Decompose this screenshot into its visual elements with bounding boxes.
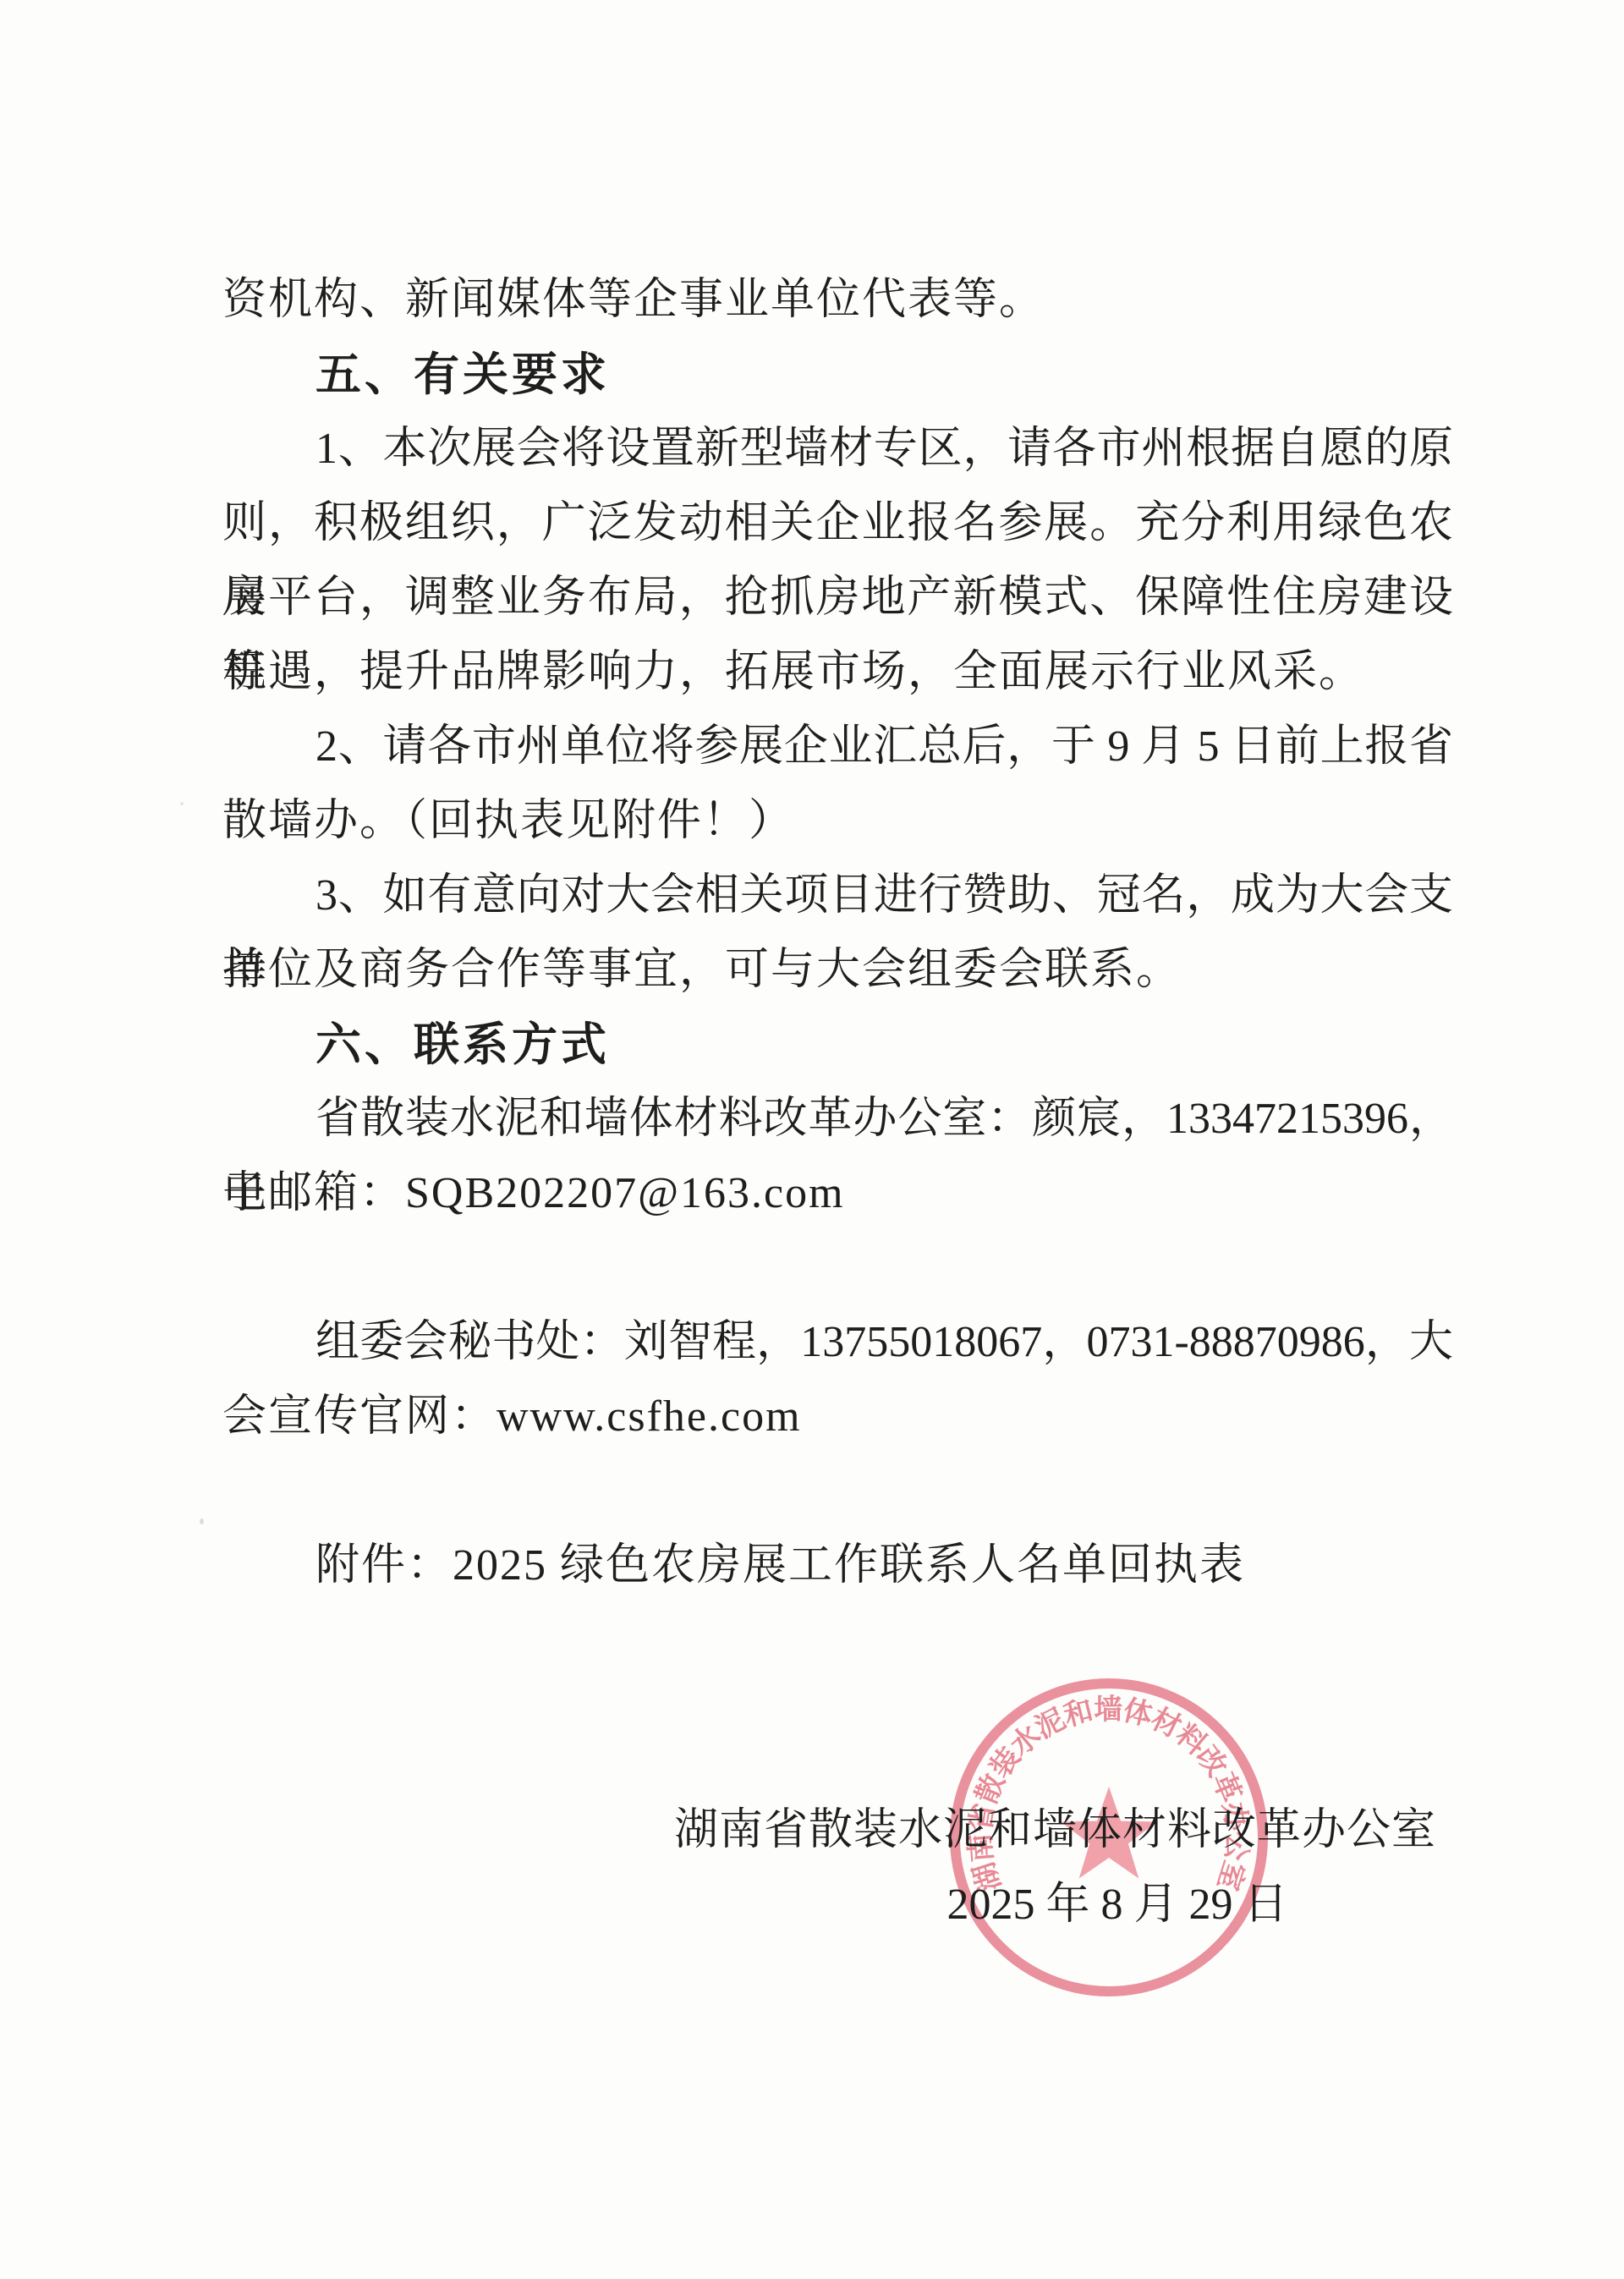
text-line: 2、请各市州单位将参展企业汇总后，于 9 月 5 日前上报省 [222, 710, 1453, 784]
section-heading-contact: 六、联系方式 [222, 1008, 1453, 1082]
text-line: 展平台，调整业务布局，抢抓房地产新模式、保障性住房建设等 [222, 561, 1453, 635]
text-line: 组委会秘书处：刘智程，13755018067，0731-88870986，大 [222, 1305, 1453, 1380]
text-line: 1、本次展会将设置新型墙材专区，请各市州根据自愿的原 [222, 412, 1453, 486]
attachment-line: 附件：2025 绿色农房展工作联系人名单回执表 [222, 1529, 1453, 1603]
website-line: 会宣传官网：www.csfhe.com [222, 1380, 1453, 1454]
text-line: 单位及商务合作等事宜，可与大会组委会联系。 [222, 933, 1453, 1008]
scan-artifact-dot [180, 802, 184, 805]
scan-artifact-dot [200, 1518, 204, 1524]
text-line: 省散装水泥和墙体材料改革办公室：颜宸，13347215396，电 [222, 1082, 1453, 1156]
text-line: 机遇，提升品牌影响力，拓展市场，全面展示行业风采。 [222, 635, 1453, 710]
text-line: 资机构、新闻媒体等企事业单位代表等。 [222, 263, 1453, 338]
blank-line [222, 1454, 1453, 1529]
email-line: 子邮箱：SQB202207@163.com [222, 1156, 1453, 1231]
text-line: 散墙办。（回执表见附件！） [222, 784, 1453, 859]
scanned-document-page: 湖南省散装水泥和墙体材料改革办公室 资机构、新闻媒体等企事业单位代表等。 五、有… [0, 0, 1624, 2279]
text-line: 则，积极组织，广泛发动相关企业报名参展。充分利用绿色农房 [222, 486, 1453, 561]
document-body: 资机构、新闻媒体等企事业单位代表等。 五、有关要求 1、本次展会将设置新型墙材专… [222, 263, 1453, 1603]
signature-org: 湖南省散装水泥和墙体材料改革办公室 [674, 1793, 1436, 1868]
text-line: 3、如有意向对大会相关项目进行赞助、冠名，成为大会支持 [222, 859, 1453, 933]
section-heading-requirements: 五、有关要求 [222, 338, 1453, 412]
blank-line [222, 1231, 1453, 1305]
signature-date: 2025 年 8 月 29 日 [940, 1868, 1295, 1942]
